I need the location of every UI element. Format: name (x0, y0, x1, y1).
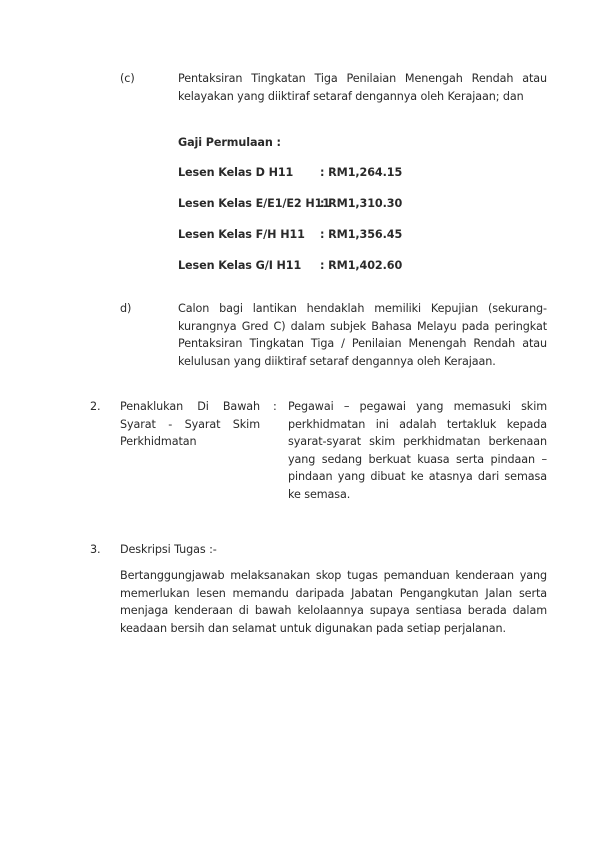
item-d-text: Calon bagi lantikan hendaklah memiliki K… (178, 300, 547, 370)
item-c-text: Pentaksiran Tingkatan Tiga Penilaian Men… (178, 70, 547, 105)
section-2-colon: : (273, 398, 277, 416)
salary-class: Lesen Kelas E/E1/E2 H11 (178, 195, 320, 213)
salary-value: : RM1,264.15 (320, 164, 402, 182)
salary-value: : RM1,356.45 (320, 226, 402, 244)
section-3-title: Deskripsi Tugas :- (120, 541, 217, 559)
document-page: (c) Pentaksiran Tingkatan Tiga Penilaian… (0, 0, 600, 850)
salary-title: Gaji Permulaan : (178, 134, 281, 152)
item-c-label: (c) (120, 70, 135, 88)
item-d-label: d) (120, 300, 131, 318)
salary-row: Lesen Kelas E/E1/E2 H11 : RM1,310.30 (178, 195, 402, 226)
section-3-number: 3. (90, 541, 100, 559)
salary-class: Lesen Kelas G/I H11 (178, 257, 320, 275)
section-2-title: Penaklukan Di Bawah Syarat - Syarat Skim… (120, 398, 260, 451)
salary-class: Lesen Kelas F/H H11 (178, 226, 320, 244)
section-2-text: Pegawai – pegawai yang memasuki skim per… (288, 398, 547, 503)
salary-row: Lesen Kelas G/I H11 : RM1,402.60 (178, 257, 402, 288)
salary-value: : RM1,402.60 (320, 257, 402, 275)
salary-value: : RM1,310.30 (320, 195, 402, 213)
section-3-text: Bertanggungjawab melaksanakan skop tugas… (120, 567, 547, 637)
salary-class: Lesen Kelas D H11 (178, 164, 320, 182)
salary-row: Lesen Kelas D H11 : RM1,264.15 (178, 164, 402, 195)
salary-table: Lesen Kelas D H11 : RM1,264.15 Lesen Kel… (178, 164, 402, 288)
salary-row: Lesen Kelas F/H H11 : RM1,356.45 (178, 226, 402, 257)
section-2-number: 2. (90, 398, 100, 416)
